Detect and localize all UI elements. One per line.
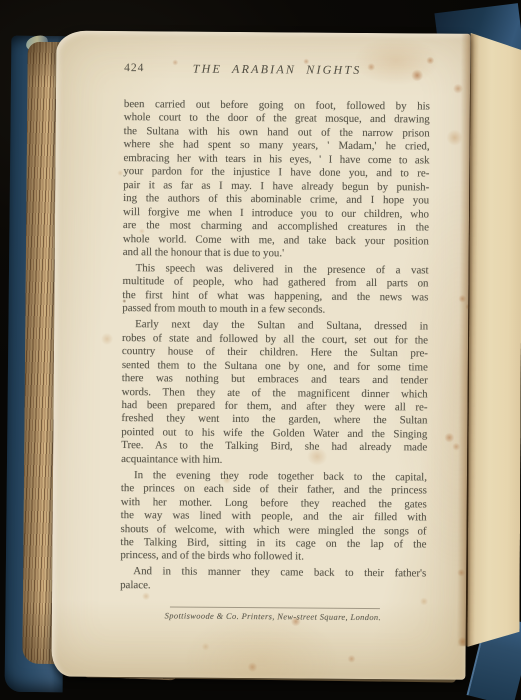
text-line: passed from mouth to mouth in a few seco… [122,302,428,318]
paragraph: And in this manner they came back to the… [120,565,426,594]
text-line: and all the honour that is due to you.' [123,246,429,262]
text-body: been carried out before going on foot, f… [120,98,430,595]
paragraph: This speech was delivered in the presenc… [122,262,428,318]
text-line: palace. [120,579,426,595]
page-header: 424 THE ARABIAN NIGHTS [124,61,430,79]
running-title: THE ARABIAN NIGHTS [124,61,430,78]
book-page: 424 THE ARABIAN NIGHTS been carried out … [51,31,470,680]
text-line: princess, and of the birds who followed … [120,550,426,566]
paragraph: Early next day the Sultan and Sultana, d… [121,318,428,468]
book-photo: 424 THE ARABIAN NIGHTS been carried out … [0,0,521,700]
paragraph: In the evening they rode together back t… [120,469,427,566]
text-line: And in this manner they came back to the… [120,565,426,581]
paragraph: been carried out before going on foot, f… [123,98,430,262]
text-line: acquaintance with him. [121,453,427,469]
